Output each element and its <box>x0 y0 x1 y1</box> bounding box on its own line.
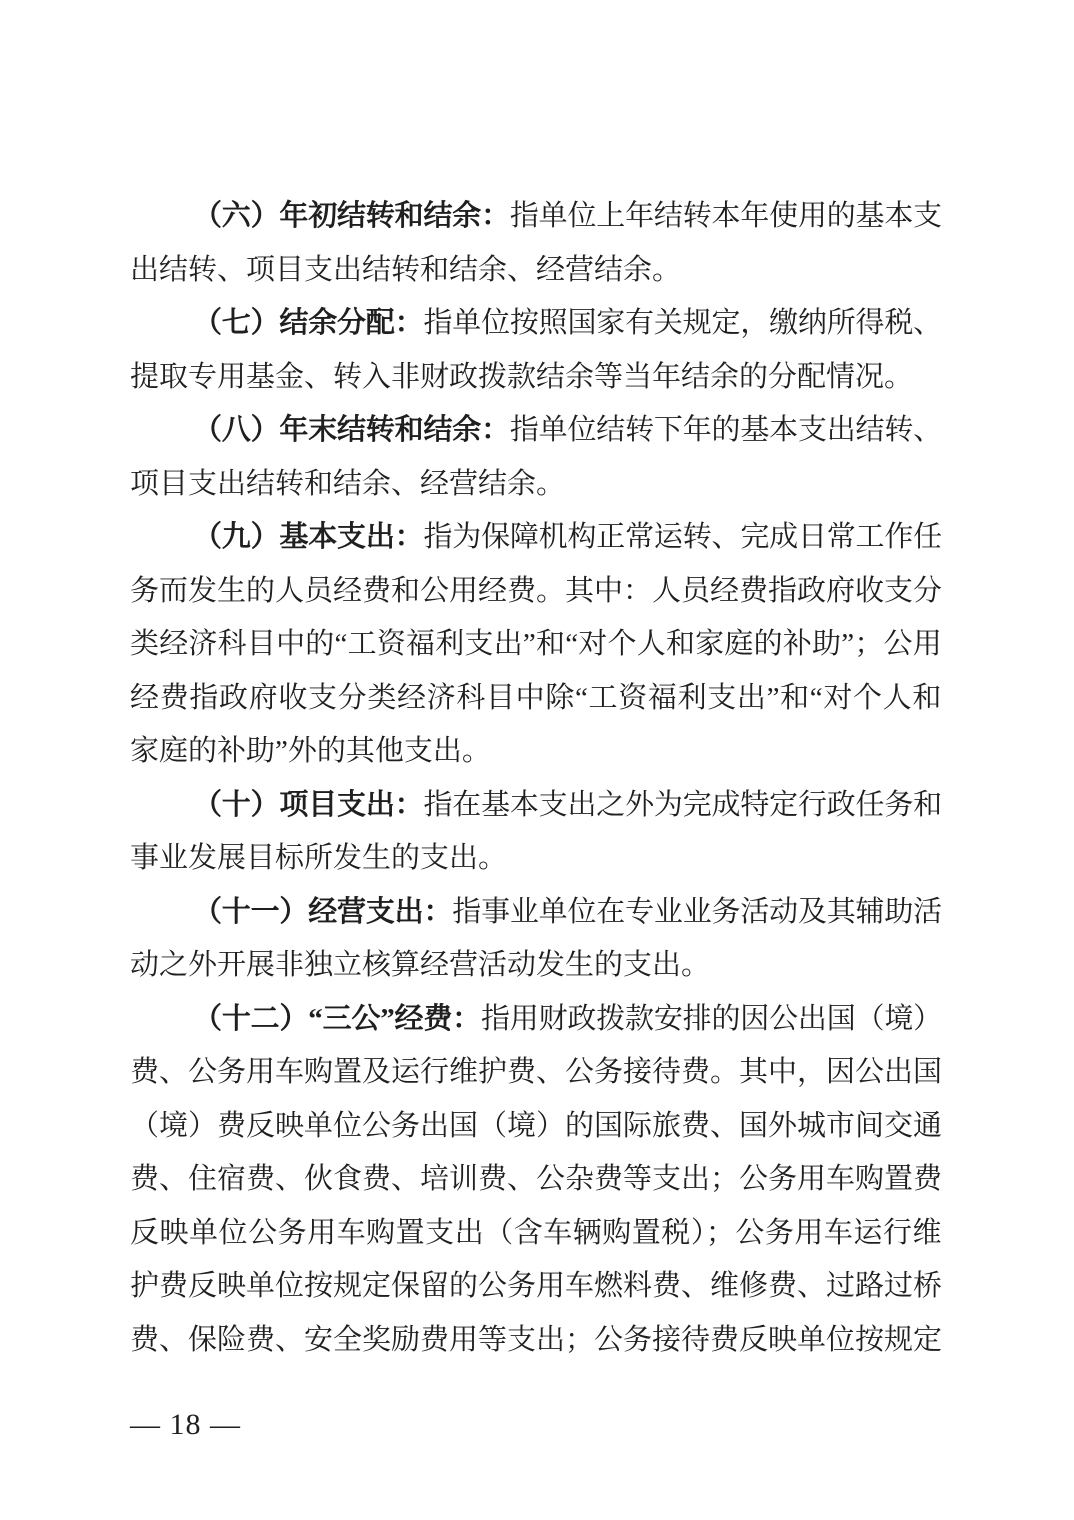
body-text: 反映单位公务用车购置支出（含车辆购置税）；公务用车运行维 <box>130 1217 942 1249</box>
text-line: （境）费反映单位公务出国（境）的国际旅费、国外城市间交通 <box>130 1100 942 1154</box>
paragraph-1: （六）年初结转和结余：指单位上年结转本年使用的基本支出结转、项目支出结转和结余、… <box>130 190 942 297</box>
text-line: （七）结余分配：指单位按照国家有关规定，缴纳所得税、 <box>130 297 942 351</box>
text-line: （八）年末结转和结余：指单位结转下年的基本支出结转、 <box>130 404 942 458</box>
body-text: 费、住宿费、伙食费、培训费、公杂费等支出；公务用车购置费 <box>130 1163 942 1195</box>
body-text: 出结转、项目支出结转和结余、经营结余。 <box>130 254 681 286</box>
body-text: 护费反映单位按规定保留的公务用车燃料费、维修费、过路过桥 <box>130 1270 942 1302</box>
body-text: 类经济科目中的“工资福利支出”和“对个人和家庭的补助”；公用 <box>130 628 942 660</box>
body-text: 项目支出结转和结余、经营结余。 <box>130 468 565 500</box>
text-line: 反映单位公务用车购置支出（含车辆购置税）；公务用车运行维 <box>130 1207 942 1261</box>
body-text: 经费指政府收支分类经济科目中除“工资福利支出”和“对个人和 <box>130 682 942 714</box>
text-line: （九）基本支出：指为保障机构正常运转、完成日常工作任 <box>130 511 942 565</box>
paragraph-6: （十一）经营支出：指事业单位在专业业务活动及其辅助活动之外开展非独立核算经营活动… <box>130 886 942 993</box>
text-line: （六）年初结转和结余：指单位上年结转本年使用的基本支 <box>130 190 942 244</box>
term-heading: （十二）“三公”经费： <box>193 1003 481 1035</box>
text-line: 提取专用基金、转入非财政拨款结余等当年结余的分配情况。 <box>130 351 942 405</box>
document-page: （六）年初结转和结余：指单位上年结转本年使用的基本支出结转、项目支出结转和结余、… <box>0 0 1074 1520</box>
body-text: 指单位按照国家有关规定，缴纳所得税、 <box>423 307 942 339</box>
page-number: — 18 — <box>130 1408 241 1441</box>
body-text: 费、公务用车购置及运行维护费、公务接待费。其中，因公出国 <box>130 1056 942 1088</box>
text-line: 事业发展目标所发生的支出。 <box>130 832 942 886</box>
body-text: 家庭的补助”外的其他支出。 <box>130 735 491 767</box>
text-line: 经费指政府收支分类经济科目中除“工资福利支出”和“对个人和 <box>130 672 942 726</box>
body-text: 指事业单位在专业业务活动及其辅助活 <box>452 896 942 928</box>
term-heading: （八）年末结转和结余： <box>193 414 510 446</box>
term-heading: （七）结余分配： <box>193 307 423 339</box>
paragraph-2: （七）结余分配：指单位按照国家有关规定，缴纳所得税、提取专用基金、转入非财政拨款… <box>130 297 942 404</box>
body-text: 指单位结转下年的基本支出结转、 <box>510 414 942 446</box>
text-line: 费、住宿费、伙食费、培训费、公杂费等支出；公务用车购置费 <box>130 1153 942 1207</box>
body-text: 费、保险费、安全奖励费用等支出；公务接待费反映单位按规定 <box>130 1324 942 1356</box>
text-column: （六）年初结转和结余：指单位上年结转本年使用的基本支出结转、项目支出结转和结余、… <box>130 190 942 1367</box>
text-line: 出结转、项目支出结转和结余、经营结余。 <box>130 244 942 298</box>
text-line: 费、公务用车购置及运行维护费、公务接待费。其中，因公出国 <box>130 1046 942 1100</box>
body-text: 动之外开展非独立核算经营活动发生的支出。 <box>130 949 710 981</box>
text-line: 类经济科目中的“工资福利支出”和“对个人和家庭的补助”；公用 <box>130 618 942 672</box>
page-footer: — 18 — <box>130 1402 241 1448</box>
text-line: （十一）经营支出：指事业单位在专业业务活动及其辅助活 <box>130 886 942 940</box>
body-text: 务而发生的人员经费和公用经费。其中：人员经费指政府收支分 <box>130 575 942 607</box>
body-text: 指单位上年结转本年使用的基本支 <box>510 200 942 232</box>
text-line: 护费反映单位按规定保留的公务用车燃料费、维修费、过路过桥 <box>130 1260 942 1314</box>
term-heading: （六）年初结转和结余： <box>193 200 510 232</box>
body-text: 指在基本支出之外为完成特定行政任务和 <box>423 789 942 821</box>
body-text: （境）费反映单位公务出国（境）的国际旅费、国外城市间交通 <box>130 1110 942 1142</box>
paragraph-4: （九）基本支出：指为保障机构正常运转、完成日常工作任务而发生的人员经费和公用经费… <box>130 511 942 779</box>
term-heading: （十）项目支出： <box>193 789 423 821</box>
text-line: 项目支出结转和结余、经营结余。 <box>130 458 942 512</box>
text-line: 家庭的补助”外的其他支出。 <box>130 725 942 779</box>
text-line: （十）项目支出：指在基本支出之外为完成特定行政任务和 <box>130 779 942 833</box>
body-text: 指用财政拨款安排的因公出国（境） <box>481 1003 942 1035</box>
term-heading: （十一）经营支出： <box>193 896 452 928</box>
text-line: （十二）“三公”经费：指用财政拨款安排的因公出国（境） <box>130 993 942 1047</box>
text-line: 动之外开展非独立核算经营活动发生的支出。 <box>130 939 942 993</box>
body-text: 事业发展目标所发生的支出。 <box>130 842 507 874</box>
paragraph-5: （十）项目支出：指在基本支出之外为完成特定行政任务和事业发展目标所发生的支出。 <box>130 779 942 886</box>
paragraph-3: （八）年末结转和结余：指单位结转下年的基本支出结转、项目支出结转和结余、经营结余… <box>130 404 942 511</box>
text-line: 务而发生的人员经费和公用经费。其中：人员经费指政府收支分 <box>130 565 942 619</box>
term-heading: （九）基本支出： <box>193 521 423 553</box>
body-text: 指为保障机构正常运转、完成日常工作任 <box>423 521 942 553</box>
paragraph-7: （十二）“三公”经费：指用财政拨款安排的因公出国（境）费、公务用车购置及运行维护… <box>130 993 942 1368</box>
body-text: 提取专用基金、转入非财政拨款结余等当年结余的分配情况。 <box>130 361 913 393</box>
text-line: 费、保险费、安全奖励费用等支出；公务接待费反映单位按规定 <box>130 1314 942 1368</box>
